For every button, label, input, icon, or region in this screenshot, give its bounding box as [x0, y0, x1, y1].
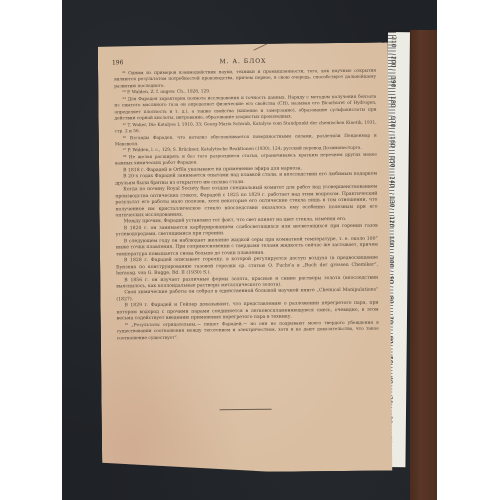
- photograph: 210 200 190 180 170 160 150 140 130 120 …: [62, 0, 437, 500]
- footnote: ²⁹ „Результаты отрицательны,— пишет Фара…: [117, 320, 379, 342]
- ruler-label: 140: [388, 176, 395, 188]
- ruler-label: 190: [389, 76, 396, 88]
- ruler-label: 210: [390, 36, 397, 48]
- running-head: М. А. БЛОХ: [112, 57, 374, 67]
- ruler-label: 150: [389, 156, 396, 168]
- ruler-label: 160: [389, 136, 396, 148]
- page-crease: [253, 42, 270, 51]
- page-header: 196 М. А. БЛОХ: [112, 57, 374, 70]
- ruler-label: 200: [390, 56, 397, 68]
- wooden-strip: [410, 30, 437, 500]
- ruler-label: 170: [389, 116, 396, 128]
- page-text: ²² Одним из примеров взаимодействия наук…: [114, 69, 379, 343]
- ruler-label: 180: [389, 96, 396, 108]
- body-paragraph: Когда по почину Royal Society был создан…: [115, 185, 377, 220]
- end-rule: [220, 409, 272, 411]
- book-page: 196 М. А. БЛОХ ²² Одним из примеров взаи…: [98, 42, 392, 473]
- footnote: ²⁴ Для Фарадея характерна полнота исслед…: [114, 94, 376, 123]
